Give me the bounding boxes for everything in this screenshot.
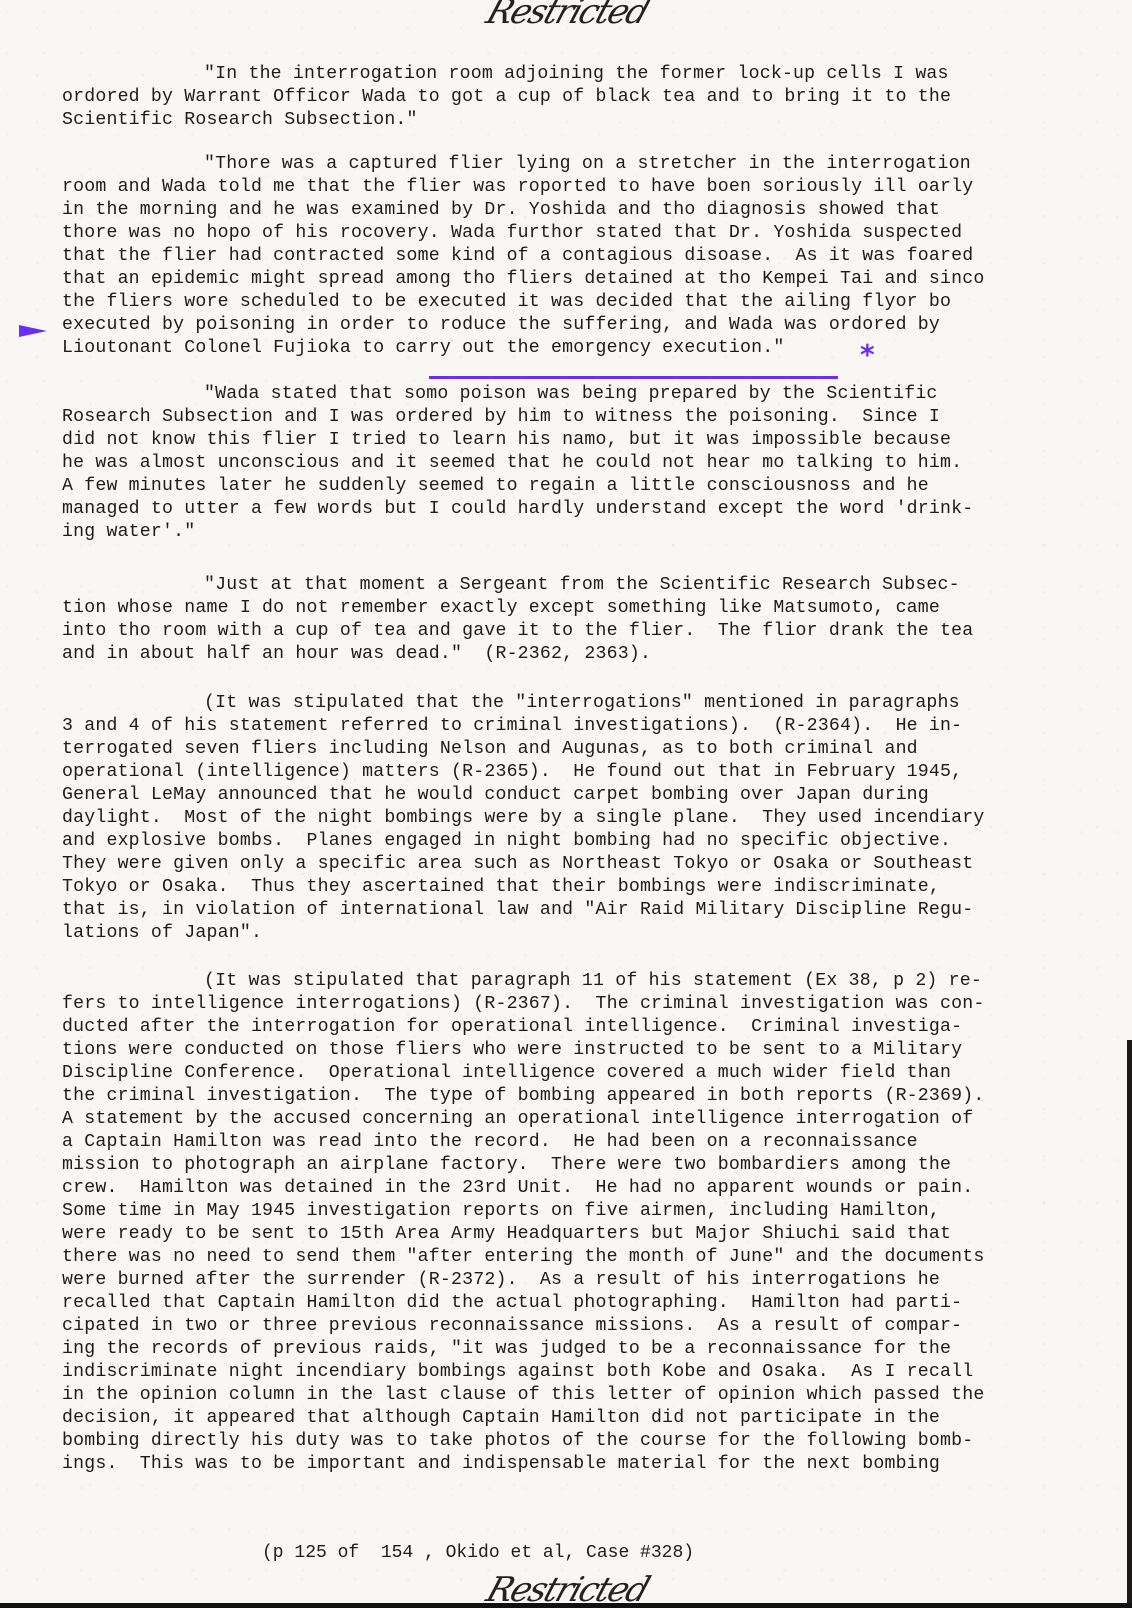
text-line: "Just at that moment a Sergeant from the… <box>204 574 960 596</box>
text-line: Some time in May 1945 investigation repo… <box>62 1200 940 1222</box>
text-line: and explosive bombs. Planes engaged in n… <box>62 830 951 852</box>
text-line: that is, in violation of international l… <box>62 899 973 921</box>
text-line: A statement by the accused concerning an… <box>62 1108 973 1130</box>
text-line: a Captain Hamilton was read into the rec… <box>62 1131 918 1153</box>
text-line: Lioutonant Colonel Fujioka to carry out … <box>62 337 784 359</box>
text-line: in the opinion column in the last clause… <box>62 1384 985 1406</box>
annotation-asterisk-icon: * <box>860 338 875 371</box>
text-line: mission to photograph an airplane factor… <box>62 1154 951 1176</box>
text-line: terrogated seven fliers including Nelson… <box>62 738 918 760</box>
scan-bottom-edge <box>0 1603 1132 1608</box>
text-line: lations of Japan". <box>62 922 262 944</box>
text-line: crew. Hamilton was detained in the 23rd … <box>62 1177 973 1199</box>
text-line: A few minutes later he suddenly seemed t… <box>62 475 929 497</box>
text-line: into tho room with a cup of tea and gave… <box>62 620 973 642</box>
text-line: did not know this flier I tried to learn… <box>62 429 951 451</box>
annotation-arrow-icon <box>19 325 47 337</box>
text-line: General LeMay announced that he would co… <box>62 784 929 806</box>
text-line: ing the records of previous raids, "it w… <box>62 1338 951 1360</box>
annotation-underline <box>429 376 838 379</box>
text-line: (It was stipulated that the "interrogati… <box>204 692 960 714</box>
text-line: the criminal investigation. The type of … <box>62 1085 985 1107</box>
text-line: tion whose name I do not remember exactl… <box>62 597 940 619</box>
text-line: Discipline Conference. Operational intel… <box>62 1062 951 1084</box>
text-line: "Wada stated that somo poison was being … <box>204 383 938 405</box>
text-line: daylight. Most of the night bombings wer… <box>62 807 985 829</box>
page-citation-footer: (p 125 of 154 , Okido et al, Case #328) <box>262 1543 694 1563</box>
scan-right-edge <box>1127 1040 1132 1608</box>
text-line: the fliers wore scheduled to be executed… <box>62 291 951 313</box>
text-line: were burned after the surrender (R-2372)… <box>62 1269 940 1291</box>
handwritten-restricted-header: Restricted <box>482 0 654 32</box>
text-line: "In the interrogation room adjoining the… <box>204 63 949 85</box>
text-line: "Thore was a captured flier lying on a s… <box>204 153 971 175</box>
text-line: that the flier had contracted some kind … <box>62 245 973 267</box>
text-line: in the morning and he was examined by Dr… <box>62 199 940 221</box>
text-line: decision, it appeared that although Capt… <box>62 1407 940 1429</box>
text-line: indiscriminate night incendiary bombings… <box>62 1361 973 1383</box>
text-line: ducted after the interrogation for opera… <box>62 1016 962 1038</box>
text-line: and in about half an hour was dead." (R-… <box>62 643 651 665</box>
text-line: ings. This was to be important and indis… <box>62 1453 940 1475</box>
text-line: fers to intelligence interrogations) (R-… <box>62 993 985 1015</box>
text-line: They were given only a specific area suc… <box>62 853 973 875</box>
text-line: Rosearch Subsection and I was ordered by… <box>62 406 940 428</box>
text-line: there was no need to send them "after en… <box>62 1246 985 1268</box>
text-line: ing water'." <box>62 521 195 543</box>
text-line: operational (intelligence) matters (R-23… <box>62 761 962 783</box>
text-line: Tokyo or Osaka. Thus they ascertained th… <box>62 876 940 898</box>
text-line: room and Wada told me that the flier was… <box>62 176 973 198</box>
text-line: were ready to be sent to 15th Area Army … <box>62 1223 951 1245</box>
text-line: (It was stipulated that paragraph 11 of … <box>204 970 982 992</box>
text-line: thore was no hopo of his rocovery. Wada … <box>62 222 962 244</box>
text-line: executed by poisoning in order to roduce… <box>62 314 940 336</box>
text-line: tions were conducted on those fliers who… <box>62 1039 962 1061</box>
text-line: bombing directly his duty was to take ph… <box>62 1430 973 1452</box>
text-line: 3 and 4 of his statement referred to cri… <box>62 715 962 737</box>
text-line: he was almost unconscious and it seemed … <box>62 452 962 474</box>
text-line: that an epidemic might spread among tho … <box>62 268 985 290</box>
text-line: recalled that Captain Hamilton did the a… <box>62 1292 962 1314</box>
text-line: Scientific Rosearch Subsection." <box>62 109 418 131</box>
document-page: Restricted "In the interrogation room ad… <box>0 0 1132 1608</box>
text-line: ordored by Warrant Officor Wada to got a… <box>62 86 951 108</box>
text-line: managed to utter a few words but I could… <box>62 498 973 520</box>
text-line: cipated in two or three previous reconna… <box>62 1315 962 1337</box>
